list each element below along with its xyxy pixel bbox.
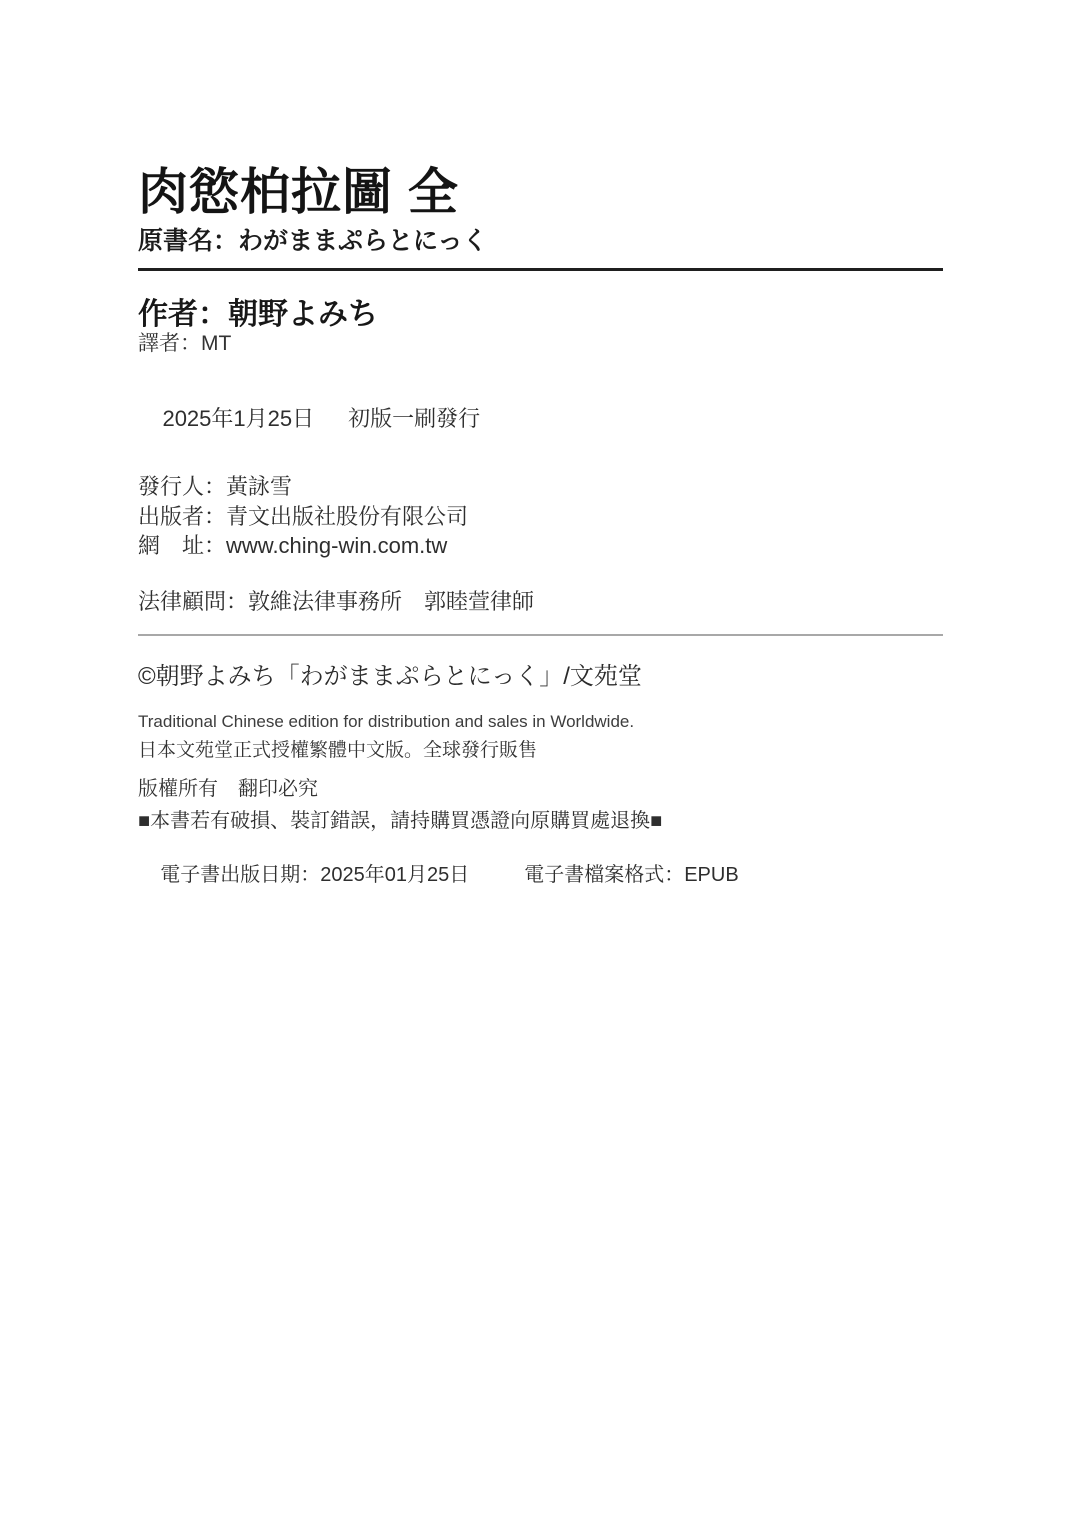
release-date: 2025年1月25日 <box>162 406 314 431</box>
divider-thick <box>138 268 943 271</box>
original-title-line: 原書名：わがままぷらとにっく <box>138 221 488 257</box>
copyright-line: ©朝野よみち「わがままぷらとにっく」/文苑堂 <box>138 656 642 691</box>
colophon-page: 肉慾柏拉圖 全 原書名：わがままぷらとにっく 作者：朝野よみち 譯者：MT 20… <box>0 0 1080 1533</box>
publisher-issuer-line: 發行人：黃詠雪 <box>138 470 292 501</box>
ebook-info-line: 電子書出版日期：2025年01月25日電子書檔案格式：EPUB <box>138 835 739 910</box>
rights-reserved-line: 版權所有 翻印必究 <box>138 772 318 801</box>
legal-advisor-line: 法律顧問：敦維法律事務所 郭睦萱律師 <box>138 585 534 616</box>
ebook-publish-date: 電子書出版日期：2025年01月25日 <box>160 864 469 886</box>
book-title: 肉慾柏拉圖 全 <box>138 152 459 224</box>
english-distribution-line: Traditional Chinese edition for distribu… <box>138 712 634 732</box>
release-line: 2025年1月25日初版一刷發行 <box>138 376 480 459</box>
publisher-website-line: 網 址：www.ching-win.com.tw <box>138 529 447 560</box>
publisher-company-line: 出版者：青文出版社股份有限公司 <box>138 500 468 531</box>
translator-line: 譯者：MT <box>138 327 231 357</box>
ebook-file-format: 電子書檔案格式：EPUB <box>524 864 738 886</box>
damage-notice-line: ■本書若有破損、裝訂錯誤，請持購買憑證向原購買處退換■ <box>138 804 662 833</box>
release-edition: 初版一刷發行 <box>348 406 480 431</box>
license-line: 日本文苑堂正式授權繁體中文版。全球發行販售 <box>138 735 537 762</box>
divider-thin <box>138 634 943 636</box>
